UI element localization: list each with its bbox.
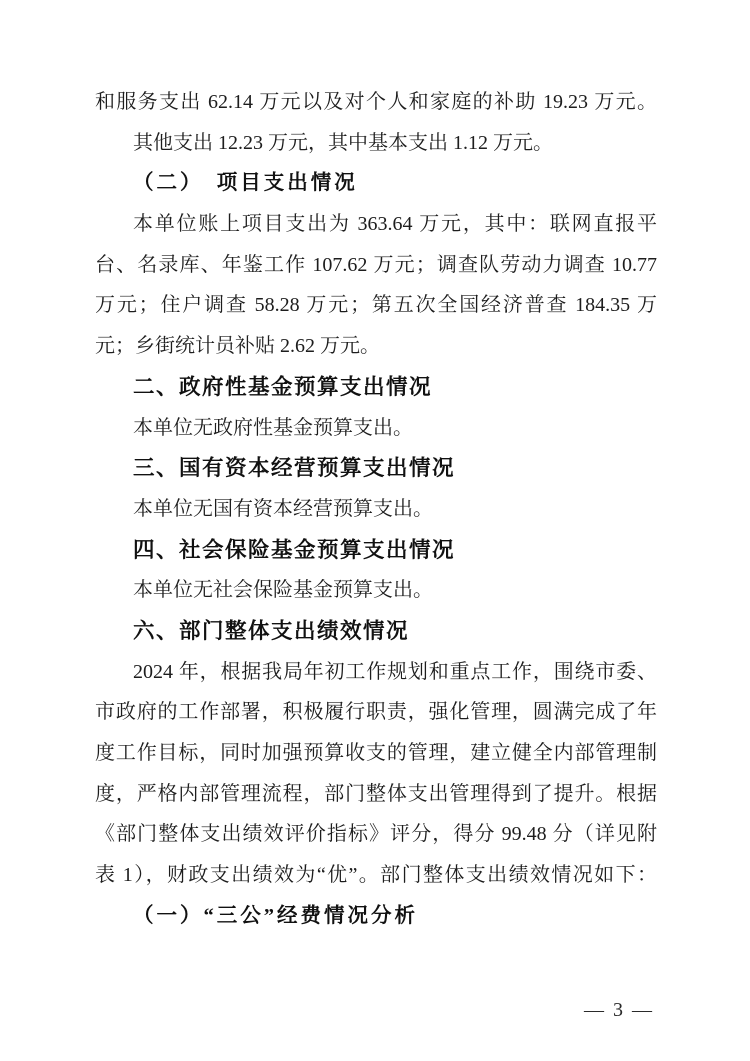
document-page: 和服务支出 62.14 万元以及对个人和家庭的补助 19.23 万元。 其他支出… [0, 0, 750, 1061]
page-number: — 3 — [584, 999, 654, 1022]
section-heading-overall-performance: 六、部门整体支出绩效情况 [95, 611, 657, 652]
document-body: 和服务支出 62.14 万元以及对个人和家庭的补助 19.23 万元。 其他支出… [95, 82, 657, 936]
text-line: 2024 年，根据我局年初工作规划和重点工作，围绕市委、 [95, 652, 657, 693]
text-line: 市政府的工作部署，积极履行职责，强化管理，圆满完成了年 [95, 692, 657, 733]
text-line: 表 1），财政支出绩效为“优”。部门整体支出绩效情况如下： [95, 855, 657, 896]
section-heading-state-capital-budget: 三、国有资本经营预算支出情况 [95, 448, 657, 489]
text-line: 度工作目标，同时加强预算收支的管理，建立健全内部管理制 [95, 733, 657, 774]
text-line: 本单位无社会保险基金预算支出。 [95, 570, 657, 611]
subsection-heading-three-public-expenses: （一）“三公”经费情况分析 [95, 896, 657, 937]
text-line: 台、名录库、年鉴工作 107.62 万元；调查队劳动力调查 10.77 [95, 245, 657, 286]
text-line: 本单位无国有资本经营预算支出。 [95, 489, 657, 530]
text-line: 《部门整体支出绩效评价指标》评分，得分 99.48 分（详见附 [95, 814, 657, 855]
section-heading-social-insurance-budget: 四、社会保险基金预算支出情况 [95, 530, 657, 571]
text-line: 其他支出 12.23 万元，其中基本支出 1.12 万元。 [95, 123, 657, 164]
text-line: 元；乡街统计员补贴 2.62 万元。 [95, 326, 657, 367]
subsection-heading-project-expenditure: （二） 项目支出情况 [95, 163, 657, 204]
text-line: 和服务支出 62.14 万元以及对个人和家庭的补助 19.23 万元。 [95, 82, 657, 123]
text-line: 度，严格内部管理流程，部门整体支出管理得到了提升。根据 [95, 774, 657, 815]
text-line: 本单位账上项目支出为 363.64 万元，其中：联网直报平 [95, 204, 657, 245]
text-line: 本单位无政府性基金预算支出。 [95, 408, 657, 449]
section-heading-government-fund-budget: 二、政府性基金预算支出情况 [95, 367, 657, 408]
text-line: 万元；住户调查 58.28 万元；第五次全国经济普查 184.35 万 [95, 285, 657, 326]
